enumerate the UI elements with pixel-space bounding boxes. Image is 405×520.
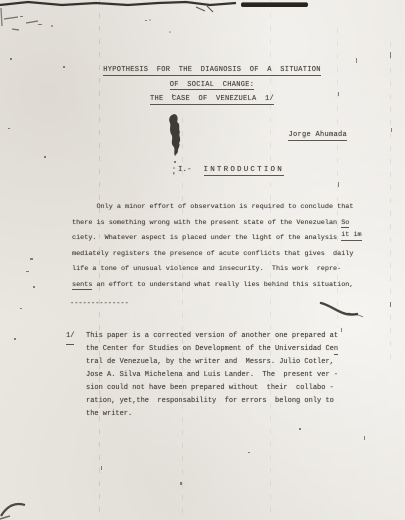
footnote-separator: --------------	[70, 300, 129, 308]
text-line: tral de Venezuela, by the writer and Mes…	[86, 356, 366, 369]
scan-speck	[101, 466, 102, 470]
title-line-3: THE CASE OF VENEZUELA 1/	[150, 95, 274, 105]
scan-speck	[299, 428, 301, 430]
scan-speck	[338, 182, 339, 187]
text-segment: the Center for Studies on Development of…	[86, 345, 334, 353]
scan-artifact-top-edge	[0, 0, 405, 42]
scan-speck	[20, 16, 23, 17]
text-line: This paper is a corrected version of ano…	[86, 330, 366, 343]
text-line: the writer.	[86, 408, 366, 421]
text-line: ration, yet,the responsability for error…	[86, 395, 366, 408]
text-line: sion could not have been prepared withou…	[86, 382, 366, 395]
text-line: the Center for Studies on Development of…	[86, 343, 366, 356]
title-line-2: OF SOCIAL CHANGE:	[170, 81, 255, 91]
text-line: life a tone of unusual violence and inse…	[72, 262, 372, 278]
text-segment: Jose A. Silva Michelena and Luis Lander.…	[86, 371, 338, 379]
section-number: I.-	[178, 166, 192, 174]
scan-speck	[10, 58, 12, 60]
scan-speck	[145, 20, 147, 21]
author-name: Jorge Ahumada	[288, 131, 347, 139]
scan-speck	[30, 258, 33, 260]
text-segment: This paper is a corrected version of ano…	[86, 332, 338, 340]
text-segment: it im	[341, 231, 361, 241]
scan-speck	[364, 436, 365, 440]
footnote: 1/ This paper is a corrected version of …	[66, 330, 366, 421]
scan-speck	[14, 338, 16, 340]
scan-speck	[180, 482, 182, 485]
section-heading: I.-INTRODUCTION	[178, 166, 284, 174]
scan-speck	[390, 302, 391, 307]
text-segment: an effort to understand what really lies…	[92, 281, 353, 289]
scan-speck	[44, 156, 46, 158]
text-line: ciety. Whatever aspect is placed under t…	[72, 231, 372, 247]
section-title: INTRODUCTION	[204, 166, 284, 176]
footnote-text: This paper is a corrected version of ano…	[86, 330, 366, 421]
scan-speck	[248, 452, 250, 453]
scan-speck	[38, 24, 42, 25]
title-line-1: HYPOTHESIS FOR THE DIAGNOSIS OF A SITUAT…	[103, 66, 321, 76]
scan-speck	[356, 58, 357, 63]
pen-mark	[318, 299, 366, 323]
document-title: HYPOTHESIS FOR THE DIAGNOSIS OF A SITUAT…	[62, 66, 362, 110]
introduction-paragraph: Only a minor effort of observation is re…	[72, 200, 372, 293]
text-line: there is something wrong with the presen…	[72, 216, 372, 232]
text-segment: the writer.	[86, 410, 132, 418]
text-segment: life a tone of unusual violence and inse…	[72, 265, 341, 273]
text-segment: n	[334, 345, 338, 355]
text-segment: ration, yet,the responsability for error…	[86, 397, 334, 405]
scan-speck	[26, 271, 29, 272]
scan-speck	[391, 128, 392, 132]
text-segment: ciety. Whatever aspect is placed under t…	[72, 234, 341, 242]
text-segment: mediately registers the presence of acut…	[72, 250, 353, 258]
scan-speck	[20, 308, 22, 309]
scan-speck	[33, 286, 35, 288]
text-segment: tral de Venezuela, by the writer and Mes…	[86, 358, 334, 366]
text-line: Only a minor effort of observation is re…	[72, 200, 372, 216]
scan-speck	[390, 52, 391, 58]
text-segment: sents	[72, 281, 92, 291]
scan-artifact-corner	[0, 490, 44, 520]
author-name-text: Jorge Ahumada	[288, 131, 347, 141]
text-segment: there is something wrong with the presen…	[72, 219, 341, 227]
text-line: Jose A. Silva Michelena and Luis Lander.…	[86, 369, 366, 382]
text-segment: Only a minor effort of observation is re…	[72, 203, 353, 211]
text-line: mediately registers the presence of acut…	[72, 247, 372, 263]
footnote-marker: 1/	[66, 330, 74, 345]
fold-line	[390, 42, 391, 362]
text-segment: sion could not have been prepared withou…	[86, 384, 334, 392]
fold-line	[182, 118, 183, 520]
text-line: sents an effort to understand what reall…	[72, 278, 372, 294]
scanned-document-page: HYPOTHESIS FOR THE DIAGNOSIS OF A SITUAT…	[0, 0, 405, 520]
scan-speck	[8, 128, 10, 129]
text-segment: So	[341, 219, 349, 229]
